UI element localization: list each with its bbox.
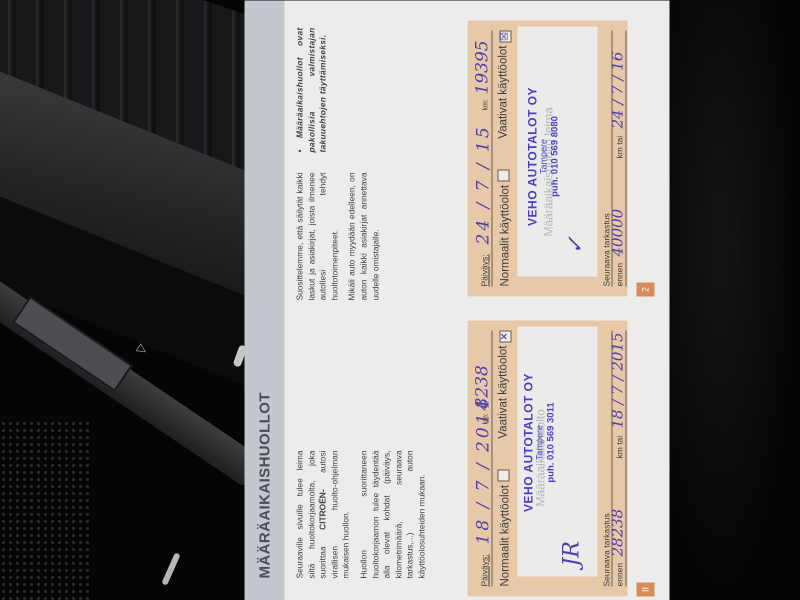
date-label: Päiväys:	[480, 554, 490, 586]
signature: ✓	[564, 236, 589, 254]
booklet-page: MÄÄRÄAIKAISHUOLLOT Seuraaville sivuille …	[245, 1, 670, 600]
conditions-row: Normaalit käyttöolot Vaativat käyttöolot…	[498, 331, 512, 587]
intro-paragraph-3: Suosittelemme, että säilytät kaikki lask…	[295, 173, 341, 301]
demanding-conditions-checkbox[interactable]: ✕	[500, 331, 512, 343]
dark-surface	[668, 0, 800, 600]
page-title: MÄÄRÄAIKAISHUOLLOT	[257, 392, 274, 578]
stamp-area: Määräaikaishuolto VEHO AUTOTALOT OY Tamp…	[518, 327, 598, 577]
demanding-conditions-label: Vaativat käyttöolot	[498, 346, 510, 439]
normal-conditions-label: Normaalit käyttöolot	[500, 485, 512, 587]
km-or-label: km tai	[615, 136, 625, 159]
next-date-value: 24 / 7 / 16	[609, 52, 627, 129]
next-date-value: 18 / 7 / 2015	[609, 333, 627, 429]
before-label: ennen	[615, 263, 625, 287]
km-or-label: km tai	[615, 436, 625, 459]
normal-conditions-checkbox[interactable]	[498, 170, 510, 182]
date-row: Päiväys: 24 / 7 / 15 km: 19395	[474, 31, 493, 287]
conditions-row: Normaalit käyttöolot Vaativat käyttöolot…	[498, 31, 512, 287]
next-km-value: 40000	[609, 209, 627, 257]
dealer-stamp: VEHO AUTOTALOT OY Tampere puh. 010 569 3…	[524, 373, 557, 513]
intro-paragraph-1: Seuraaville sivuille tulee leima siltä h…	[295, 451, 353, 579]
dealer-stamp: VEHO AUTOTALOT OY Tampere puh. 010 569 8…	[528, 87, 561, 227]
normal-conditions-label: Normaalit käyttöolot	[500, 185, 512, 287]
before-label: ennen	[615, 563, 625, 587]
km-label: km:	[483, 99, 490, 110]
date-label: Päiväys:	[480, 254, 490, 286]
km-label: km:	[483, 413, 490, 424]
signature: JR	[560, 541, 585, 566]
dot-pattern	[0, 420, 90, 600]
page-tab: 2	[637, 283, 655, 297]
stamp-area: Määräaikaishuolto leima VEHO AUTOTALOT O…	[518, 27, 598, 277]
intro-paragraph-2: Huollon suorittaneen huoltokorjaamon tul…	[358, 451, 428, 579]
intro-column-2: Suosittelemme, että säilytät kaikki lask…	[295, 173, 388, 301]
normal-conditions-checkbox[interactable]	[498, 470, 510, 482]
page-tab: II	[637, 583, 655, 597]
service-entry-1: Päiväys: 18 / 7 / 2014 km: 8238 Normaali…	[468, 321, 628, 597]
demanding-conditions-checkbox[interactable]: ☒	[500, 31, 512, 43]
light-reflection	[161, 552, 180, 586]
service-entry-2: Päiväys: 24 / 7 / 15 km: 19395 Normaalit…	[468, 21, 628, 297]
title-band: MÄÄRÄAIKAISHUOLLOT	[245, 1, 285, 600]
warranty-note: • Määräaikaishuollot ovat pakollisia val…	[295, 28, 330, 153]
next-km-value: 28238	[609, 509, 627, 557]
date-value: 24 / 7 / 15	[474, 124, 494, 244]
intro-column-1: Seuraaville sivuille tulee leima siltä h…	[295, 451, 435, 579]
demanding-conditions-label: Vaativat käyttöolot	[498, 46, 510, 139]
km-value: 8238	[473, 365, 493, 408]
date-row: Päiväys: 18 / 7 / 2014 km: 8238	[474, 331, 493, 587]
km-value: 19395	[473, 40, 493, 94]
intro-paragraph-4: Mikäli auto myydään edelleen, on auton k…	[347, 173, 382, 301]
service-booklet: MÄÄRÄAIKAISHUOLLOT Seuraaville sivuille …	[245, 0, 670, 600]
